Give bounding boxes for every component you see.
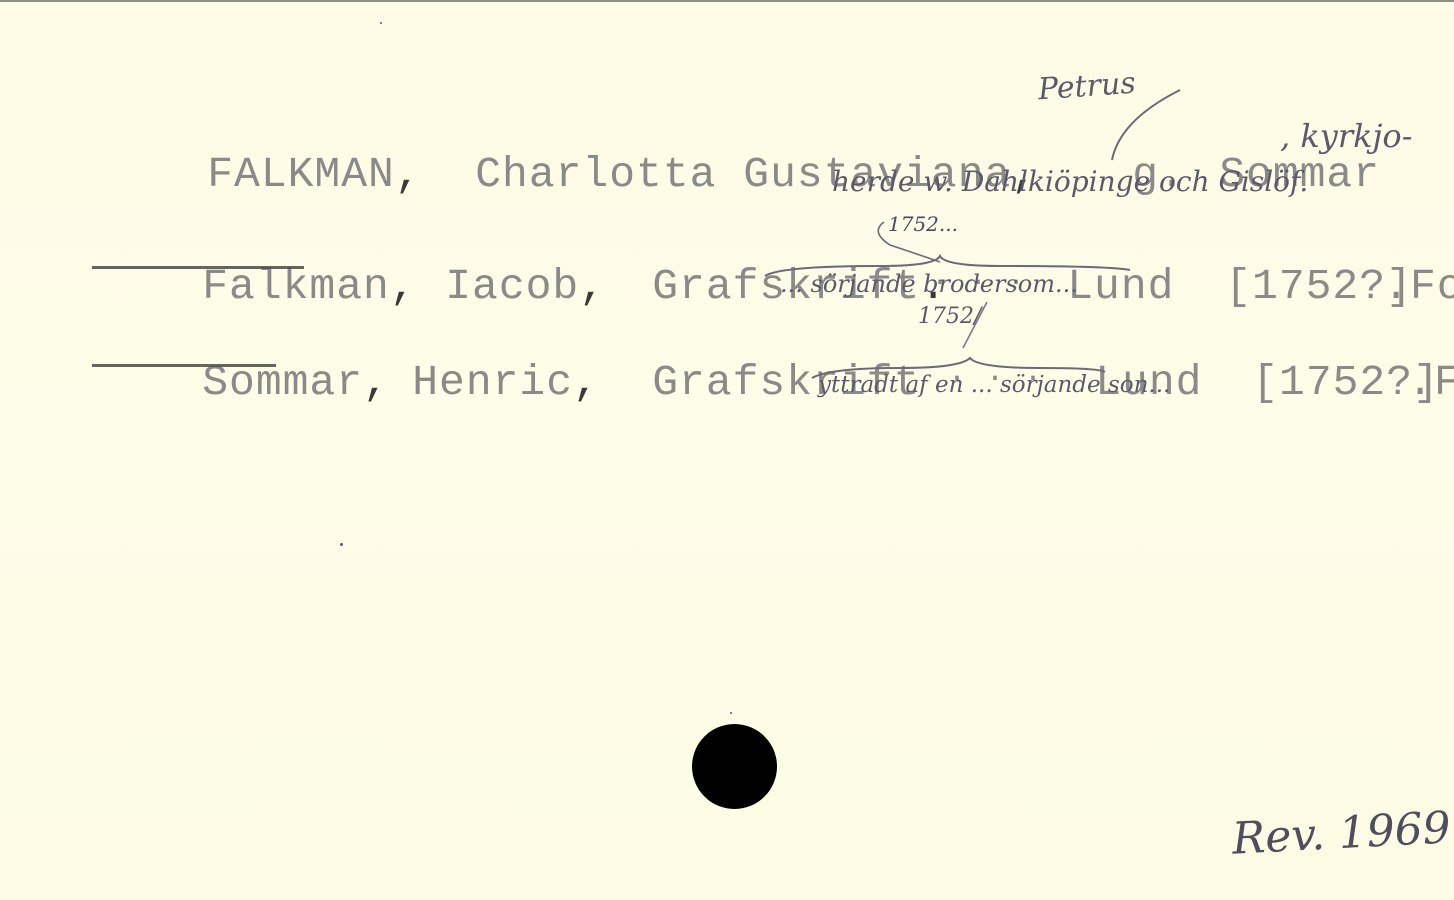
catalog-card: FALKMAN, Charlotta Gustaviana, g. Sommar… — [0, 0, 1454, 900]
card-top-edge — [0, 0, 1454, 2]
entry-2-hand-below: yttradt af en ... sörjande son... — [818, 374, 1170, 397]
speck — [380, 22, 382, 24]
hand-note-kyrkjo: , kyrkjo- — [1280, 120, 1413, 152]
format-text: .Fol. — [1407, 358, 1454, 407]
speck — [340, 543, 343, 546]
surname-text: FALKMAN — [207, 150, 395, 199]
entry-1-hand-below: ... sörjande brodersom... — [780, 272, 1078, 296]
hand-note-herde: herde w. Dahlkiöpinge och Gislöf. — [832, 168, 1308, 196]
author-underline — [92, 364, 276, 367]
entry-1-hand-insert: 1752... — [888, 214, 958, 234]
punch-hole — [692, 724, 777, 809]
entry-2-format: .Fol. — [1300, 318, 1454, 447]
entry-2-hand-insert: 1752/ — [918, 306, 981, 328]
author-underline — [92, 266, 304, 269]
speck — [730, 712, 732, 714]
hand-note-petrus: Petrus — [1037, 69, 1137, 106]
format-text: .Fol. — [1383, 262, 1454, 311]
revision-note: Rev. 1969 — [1231, 806, 1452, 861]
